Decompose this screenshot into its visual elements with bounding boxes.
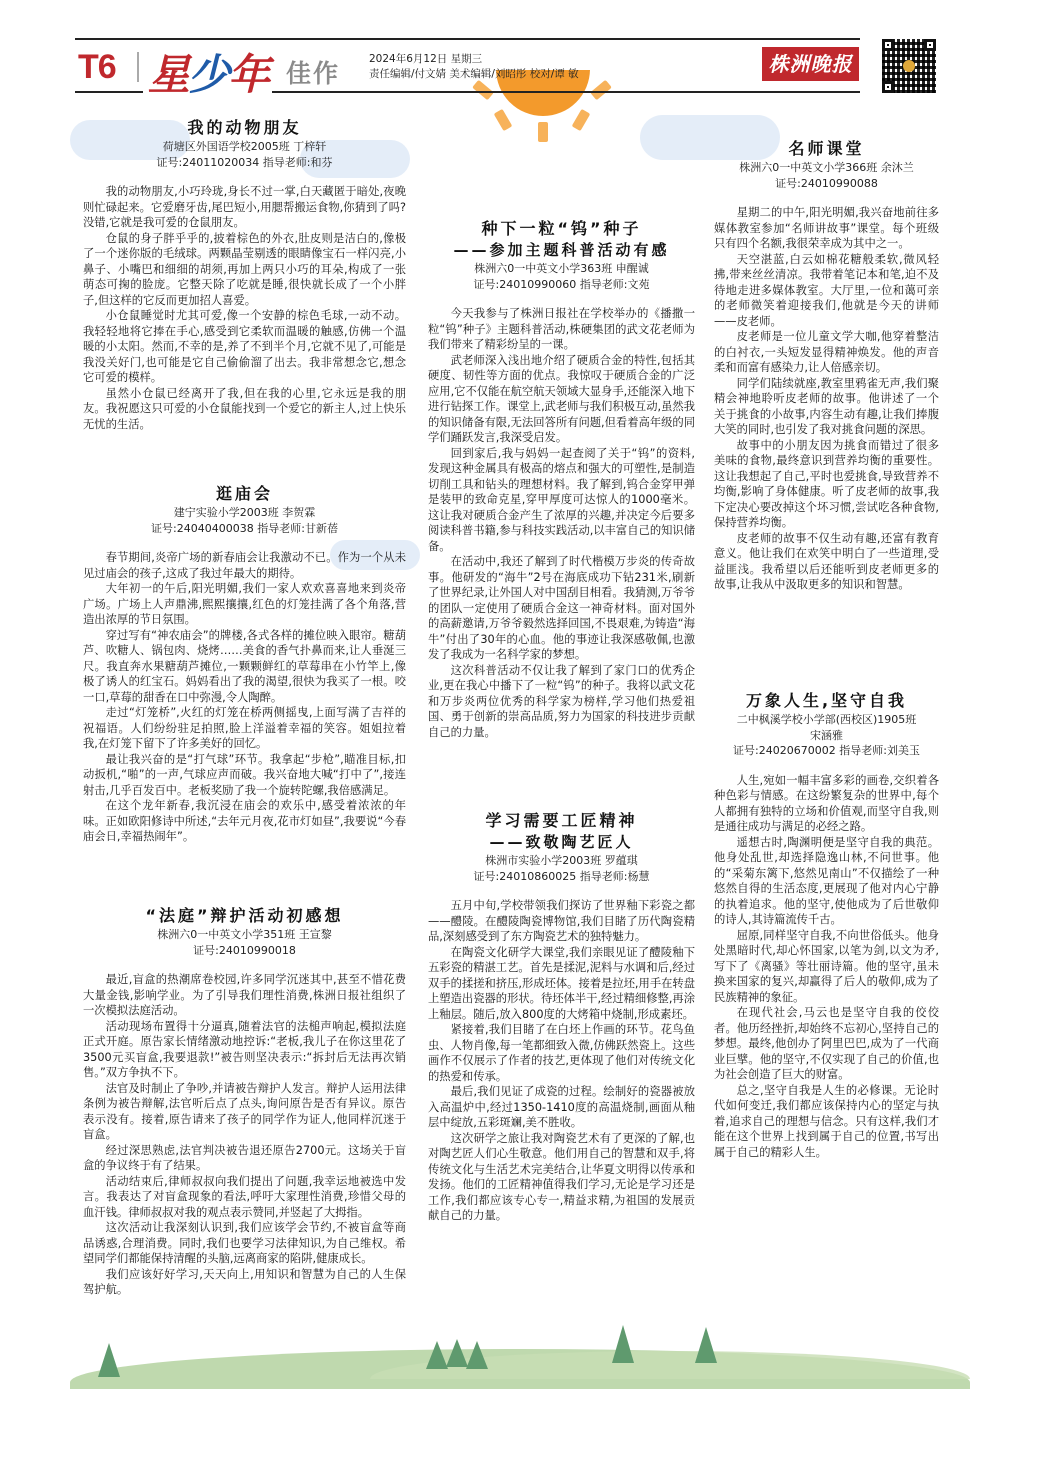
tree-decoration bbox=[446, 1339, 468, 1367]
article-author: 株洲六0一中英文小学363班 申醒诚 bbox=[428, 261, 695, 277]
paragraph: 星期二的中午,阳光明媚,我兴奋地前往多媒体教室参加“名师讲故事”课堂。每个班级只… bbox=[714, 205, 939, 252]
paragraph: 小仓鼠睡觉时尤其可爱,像一个安静的棕色毛球,一动不动。我轻轻地将它捧在手心,感受… bbox=[83, 308, 406, 386]
header-rule bbox=[75, 91, 143, 93]
paragraph: 穿过写有“神农庙会”的牌楼,各式各样的摊位映入眼帘。糖葫芦、吹糖人、锅包肉、烧烤… bbox=[83, 628, 406, 706]
paragraph: 天空湛蓝,白云如棉花糖般柔软,微风轻拂,带来丝丝清凉。我带着笔记本和笔,迫不及待… bbox=[714, 252, 939, 330]
paragraph: 大年初一的午后,阳光明媚,我们一家人欢欢喜喜地来到炎帝广场。广场上人声鼎沸,熙熙… bbox=[83, 581, 406, 628]
paragraph: 最近,盲盒的热潮席卷校园,许多同学沉迷其中,甚至不惜花费大量金钱,影响学业。为了… bbox=[83, 972, 406, 1019]
article-author: 株洲市实验小学2003班 罗蕴琪 bbox=[428, 853, 695, 869]
article-title: 逛庙会 bbox=[83, 483, 406, 505]
article-cert: 证号:24010990088 bbox=[714, 176, 939, 192]
tree-decoration bbox=[426, 1341, 448, 1369]
paragraph: 春节期间,炎帝广场的新春庙会让我激动不已。作为一个从未见过庙会的孩子,这成了我过… bbox=[83, 550, 406, 581]
paragraph: 今天我参与了株洲日报社在学校举办的《播撒一粒“钨”种子》主题科普活动,株硬集团的… bbox=[428, 306, 695, 353]
article-body: 星期二的中午,阳光明媚,我兴奋地前往多媒体教室参加“名师讲故事”课堂。每个班级只… bbox=[714, 205, 939, 593]
editors-credit: 责任编辑/付文婧 美术编辑/刘昭彤 校对/谭 敏 bbox=[369, 67, 579, 82]
paragraph: 人生,宛如一幅丰富多彩的画卷,交织着各种色彩与情感。在这纷繁复杂的世界中,每个人… bbox=[714, 773, 939, 835]
paragraph: 虽然小仓鼠已经离开了我,但在我的心里,它永远是我的朋友。我祝愿这只可爱的小仓鼠能… bbox=[83, 386, 406, 433]
article-tungsten-seed: 种下一粒“钨”种子 ——参加主题科普活动有感 株洲六0一中英文小学363班 申醒… bbox=[428, 218, 695, 740]
brand-char: 少 bbox=[188, 50, 228, 99]
article-master-class: 名师课堂 株洲六0一中英文小学366班 余沐兰 证号:24010990088 星… bbox=[714, 138, 939, 593]
article-author: 二中枫溪学校小学部(西校区)1905班 bbox=[714, 712, 939, 728]
paragraph: 总之,坚守自我是人生的必修课。无论时代如何变迁,我们都应该保持内心的坚定与执着,… bbox=[714, 1083, 939, 1161]
masthead-logo: 株洲晚报 bbox=[762, 47, 859, 81]
article-cert: 证号:24011020034 指导老师:和芬 bbox=[83, 155, 406, 171]
article-body: 五月中旬,学校带领我们探访了世界釉下彩瓷之都——醴陵。在醴陵陶瓷博物馆,我们目睹… bbox=[428, 898, 695, 1224]
paragraph: 仓鼠的身子胖乎乎的,披着棕色的外衣,肚皮则是洁白的,像极了一个迷你版的毛绒球。两… bbox=[83, 231, 406, 309]
article-author: 株洲六0一中英文小学351班 王宣黎 bbox=[83, 927, 406, 943]
article-title: 名师课堂 bbox=[714, 138, 939, 160]
paragraph: 活动结束后,律师叔叔向我们提出了问题,我幸运地被选中发言。我表达了对盲盒现象的看… bbox=[83, 1174, 406, 1221]
paragraph: 在活动中,我还了解到了时代楷模万步炎的传奇故事。他研发的“海牛”2号在海底成功下… bbox=[428, 554, 695, 663]
tree-decoration bbox=[466, 1341, 488, 1369]
header-rule bbox=[75, 38, 860, 40]
article-temple-fair: 逛庙会 建宁实验小学2003班 李贺霖 证号:24040400038 指导老师:… bbox=[83, 483, 406, 845]
hills-decoration bbox=[70, 1299, 970, 1389]
paragraph: 紧接着,我们目睹了在白坯上作画的环节。花鸟鱼虫、人物肖像,每一笔都细致入微,仿佛… bbox=[428, 1022, 695, 1084]
article-author-name: 宋涵雅 bbox=[714, 728, 939, 744]
tree-decoration bbox=[612, 1325, 634, 1363]
paragraph: 故事中的小朋友因为挑食而错过了很多美味的食物,最终意识到营养均衡的重要性。这让我… bbox=[714, 438, 939, 531]
paragraph: 皮老师的故事不仅生动有趣,还富有教育意义。他让我们在欢笑中明白了一些道理,受益匪… bbox=[714, 531, 939, 593]
article-cert: 证号:24010860025 指导老师:杨慧 bbox=[428, 869, 695, 885]
page-number: T6 bbox=[78, 48, 116, 87]
article-body: 春节期间,炎帝广场的新春庙会让我激动不已。作为一个从未见过庙会的孩子,这成了我过… bbox=[83, 550, 406, 845]
paragraph: 屈原,同样坚守自我,不向世俗低头。他身处黑暗时代,却心怀国家,以笔为剑,以文为矛… bbox=[714, 928, 939, 1006]
article-title: 万象人生,坚守自我 bbox=[714, 690, 939, 712]
brand-logo: 星少年 bbox=[148, 42, 268, 102]
paragraph: 最让我兴奋的是“打气球”环节。我拿起“步枪”,瞄准目标,扣动扳机,“啪”的一声,… bbox=[83, 752, 406, 799]
article-subtitle: ——致敬陶艺匠人 bbox=[428, 832, 695, 853]
paragraph: 五月中旬,学校带领我们探访了世界釉下彩瓷之都——醴陵。在醴陵陶瓷博物馆,我们目睹… bbox=[428, 898, 695, 945]
paragraph: 皮老师是一位儿童文学大咖,他穿着整洁的白衬衣,一头短发显得精神焕发。他的声音柔和… bbox=[714, 329, 939, 376]
header-rule bbox=[272, 91, 860, 93]
issue-date: 2024年6月12日 星期三 bbox=[369, 52, 579, 67]
article-hold-to-self: 万象人生,坚守自我 二中枫溪学校小学部(西校区)1905班 宋涵雅 证号:240… bbox=[714, 690, 939, 1160]
header-divider bbox=[137, 52, 139, 82]
article-author: 荷塘区外国语学校2005班 丁梓轩 bbox=[83, 139, 406, 155]
paragraph: 我的动物朋友,小巧玲珑,身长不过一掌,白天藏匿于暗处,夜晚则忙碌起来。它爱磨牙齿… bbox=[83, 184, 406, 231]
article-body: 最近,盲盒的热潮席卷校园,许多同学沉迷其中,甚至不惜花费大量金钱,影响学业。为了… bbox=[83, 972, 406, 1298]
paragraph: 这次科普活动不仅让我了解到了家门口的优秀企业,更在我心中播下了一粒“钨”的种子。… bbox=[428, 663, 695, 741]
article-cert: 证号:24010990018 bbox=[83, 943, 406, 959]
article-animal-friend: 我的动物朋友 荷塘区外国语学校2005班 丁梓轩 证号:24011020034 … bbox=[83, 117, 406, 432]
paragraph: 在陶瓷文化研学大课堂,我们亲眼见证了醴陵釉下五彩瓷的精湛工艺。首先是揉泥,泥料与… bbox=[428, 945, 695, 1023]
qr-code[interactable] bbox=[880, 37, 938, 95]
paragraph: 同学们陆续就座,教室里鸦雀无声,我们聚精会神地聆听皮老师的故事。他讲述了一个关于… bbox=[714, 376, 939, 438]
article-author: 建宁实验小学2003班 李贺霖 bbox=[83, 505, 406, 521]
paragraph: 武老师深入浅出地介绍了硬质合金的特性,包括其硬度、韧性等方面的优点。我惊叹于硬质… bbox=[428, 353, 695, 446]
article-court-debate: “法庭”辩护活动初感想 株洲六0一中英文小学351班 王宣黎 证号:240109… bbox=[83, 905, 406, 1298]
article-cert: 证号:24040400038 指导老师:甘新蓓 bbox=[83, 521, 406, 537]
paragraph: 法官及时制止了争吵,并请被告辩护人发言。辩护人运用法律条例为被告辩解,法官听后点… bbox=[83, 1081, 406, 1143]
paragraph: 经过深思熟虑,法官判决被告退还原告2700元。这场关于盲盒的争议终于有了结果。 bbox=[83, 1143, 406, 1174]
article-cert: 证号:24010990060 指导老师:文苑 bbox=[428, 277, 695, 293]
article-body: 今天我参与了株洲日报社在学校举办的《播撒一粒“钨”种子》主题科普活动,株硬集团的… bbox=[428, 306, 695, 740]
paragraph: 遥想古时,陶渊明便是坚守自我的典范。他身处乱世,却选择隐逸山林,不问世事。他的“… bbox=[714, 835, 939, 928]
issue-info: 2024年6月12日 星期三 责任编辑/付文婧 美术编辑/刘昭彤 校对/谭 敏 bbox=[369, 52, 579, 82]
tree-decoration bbox=[695, 1327, 717, 1363]
paragraph: 这次活动让我深刻认识到,我们应该学会节约,不被盲盒等商品诱惑,合理消费。同时,我… bbox=[83, 1220, 406, 1267]
paragraph: 在这个龙年新春,我沉浸在庙会的欢乐中,感受着浓浓的年味。正如欧阳修诗中所述,“去… bbox=[83, 798, 406, 845]
paragraph: 回到家后,我与妈妈一起查阅了关于“钨”的资料,发现这种金属具有极高的熔点和强大的… bbox=[428, 446, 695, 555]
article-subtitle: ——参加主题科普活动有感 bbox=[428, 240, 695, 261]
article-author: 株洲六0一中英文小学366班 余沐兰 bbox=[714, 160, 939, 176]
article-cert: 证号:24020670002 指导老师:刘美玉 bbox=[714, 743, 939, 759]
article-title: “法庭”辩护活动初感想 bbox=[83, 905, 406, 927]
article-body: 我的动物朋友,小巧玲珑,身长不过一掌,白天藏匿于暗处,夜晚则忙碌起来。它爱磨牙齿… bbox=[83, 184, 406, 432]
article-title: 我的动物朋友 bbox=[83, 117, 406, 139]
newspaper-page: T6 星少年 佳作 2024年6月12日 星期三 责任编辑/付文婧 美术编辑/刘… bbox=[0, 0, 1039, 1459]
section-title: 佳作 bbox=[286, 54, 340, 90]
paragraph: 我们应该好好学习,天天向上,用知识和智慧为自己的人生保驾护航。 bbox=[83, 1267, 406, 1298]
paragraph: 这次研学之旅让我对陶瓷艺术有了更深的了解,也对陶艺匠人们心生敬意。他们用自己的智… bbox=[428, 1131, 695, 1224]
paragraph: 走过“灯笼桥”,火红的灯笼在桥两侧摇曳,上面写满了吉祥的祝福语。人们纷纷驻足拍照… bbox=[83, 705, 406, 752]
brand-char: 年 bbox=[228, 50, 268, 99]
paragraph: 在现代社会,马云也是坚守自我的佼佼者。他历经挫折,却始终不忘初心,坚持自己的梦想… bbox=[714, 1005, 939, 1083]
article-title: 种下一粒“钨”种子 bbox=[428, 218, 695, 240]
brand-char: 星 bbox=[148, 50, 188, 99]
tree-decoration bbox=[98, 1343, 120, 1377]
paragraph: 活动现场布置得十分逼真,随着法官的法槌声响起,模拟法庭正式开庭。原告家长情绪激动… bbox=[83, 1019, 406, 1081]
paragraph: 最后,我们见证了成瓷的过程。绘制好的瓷器被放入高温炉中,经过1350-1410度… bbox=[428, 1084, 695, 1131]
article-craftsman-spirit: 学习需要工匠精神 ——致敬陶艺匠人 株洲市实验小学2003班 罗蕴琪 证号:24… bbox=[428, 810, 695, 1224]
article-title: 学习需要工匠精神 bbox=[428, 810, 695, 832]
article-body: 人生,宛如一幅丰富多彩的画卷,交织着各种色彩与情感。在这纷繁复杂的世界中,每个人… bbox=[714, 773, 939, 1161]
